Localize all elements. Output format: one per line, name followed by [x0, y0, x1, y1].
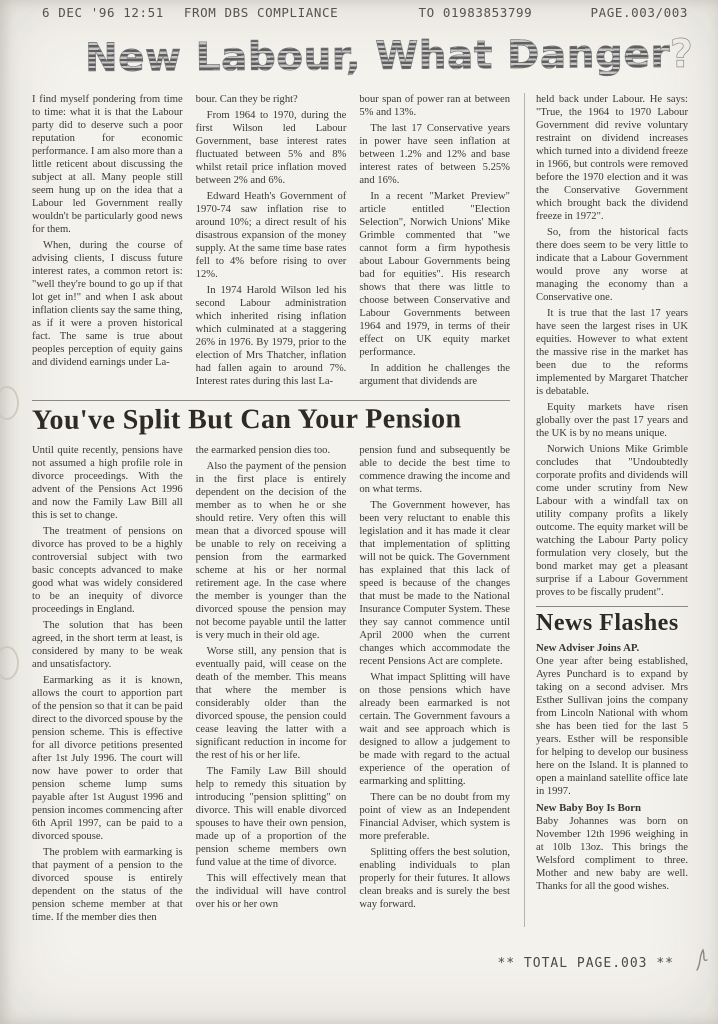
paragraph: Worse still, any pension that is eventua… [196, 645, 347, 762]
news-item-heading: New Baby Boy Is Born [536, 802, 688, 815]
fax-recipient: TO 01983853799 [418, 5, 590, 20]
news-item: New Adviser Joins AP. One year after bei… [536, 642, 688, 798]
article2-headline: You've Split But Can Your Pension [32, 403, 510, 437]
right-zone: held back under Labour. He says: "True, … [524, 93, 688, 927]
paragraph: The solution that has been agreed, in th… [32, 619, 183, 671]
paragraph: What impact Splitting will have on those… [359, 671, 510, 788]
fax-page: 6 DEC '96 12:51 FROM DBS COMPLIANCE TO 0… [0, 0, 718, 1024]
news-item-heading: New Adviser Joins AP. [536, 642, 688, 655]
paragraph: bour. Can they be right? [196, 93, 347, 106]
article2-columns: Until quite recently, pensions have not … [32, 444, 510, 927]
fax-sender: FROM DBS COMPLIANCE [184, 5, 419, 20]
paragraph: The Government however, has been very re… [359, 499, 510, 668]
paragraph: The last 17 Conservative years in power … [359, 122, 510, 187]
news-flashes-section: News Flashes New Adviser Joins AP. One y… [536, 606, 688, 893]
paragraph: The treatment of pensions on divorce has… [32, 525, 183, 616]
article1-column-4: held back under Labour. He says: "True, … [536, 93, 688, 599]
paragraph: held back under Labour. He says: "True, … [536, 93, 688, 223]
paragraph: Earmarking as it is known, allows the co… [32, 674, 183, 843]
paragraph: So, from the historical facts there does… [536, 226, 688, 304]
news-item-body: Baby Johannes was born on November 12th … [536, 815, 688, 893]
paragraph: bour span of power ran at between 5% and… [359, 93, 510, 119]
article1-column-1: I find myself pondering from time to tim… [32, 93, 183, 391]
page-body: I find myself pondering from time to tim… [0, 79, 718, 927]
fax-total-page: ** TOTAL PAGE.003 ** [497, 956, 674, 971]
paragraph: The Family Law Bill should help to remed… [196, 765, 347, 869]
paragraph: In addition he challenges the argument t… [359, 362, 510, 388]
pen-mark-icon [694, 946, 710, 974]
paragraph: pension fund and subsequently be able to… [359, 444, 510, 496]
paragraph: Until quite recently, pensions have not … [32, 444, 183, 522]
paragraph: When, during the course of advising clie… [32, 239, 183, 369]
news-item-body: One year after being established, Ayres … [536, 655, 688, 798]
paragraph: Splitting offers the best solution, enab… [359, 846, 510, 911]
fax-header: 6 DEC '96 12:51 FROM DBS COMPLIANCE TO 0… [0, 0, 718, 20]
paragraph: the earmarked pension dies too. [196, 444, 347, 457]
paragraph: Also the payment of the pension in the f… [196, 460, 347, 642]
news-flashes-headline: News Flashes [536, 610, 688, 637]
paragraph: The problem with earmarking is that paym… [32, 846, 183, 924]
paragraph: This will effectively mean that the indi… [196, 872, 347, 911]
section-divider [32, 400, 510, 401]
paragraph: Equity markets have risen globally over … [536, 401, 688, 440]
paragraph: In 1974 Harold Wilson led his second Lab… [196, 284, 347, 388]
paragraph: It is true that the last 17 years have s… [536, 307, 688, 398]
paragraph: I find myself pondering from time to tim… [32, 93, 183, 236]
article1-columns: I find myself pondering from time to tim… [32, 93, 510, 391]
left-zone: I find myself pondering from time to tim… [32, 93, 510, 927]
article1-column-2: bour. Can they be right?From 1964 to 197… [196, 93, 347, 391]
paragraph: Norwich Unions Mike Grimble concludes th… [536, 443, 688, 599]
paragraph: In a recent "Market Preview" article ent… [359, 190, 510, 359]
paragraph: From 1964 to 1970, during the first Wils… [196, 109, 347, 187]
article2-column-2: the earmarked pension dies too.Also the … [196, 444, 347, 927]
news-item: New Baby Boy Is Born Baby Johannes was b… [536, 802, 688, 893]
fax-timestamp: 6 DEC '96 12:51 [42, 5, 164, 20]
article2-column-1: Until quite recently, pensions have not … [32, 444, 183, 927]
paragraph: Edward Heath's Government of 1970-74 saw… [196, 190, 347, 281]
article1-headline: New Labour, What Danger? [85, 32, 670, 81]
article1-column-3: bour span of power ran at between 5% and… [359, 93, 510, 391]
fax-page-number: PAGE.003/003 [590, 5, 688, 20]
paragraph: There can be no doubt from my point of v… [359, 791, 510, 843]
article2-column-3: pension fund and subsequently be able to… [359, 444, 510, 927]
